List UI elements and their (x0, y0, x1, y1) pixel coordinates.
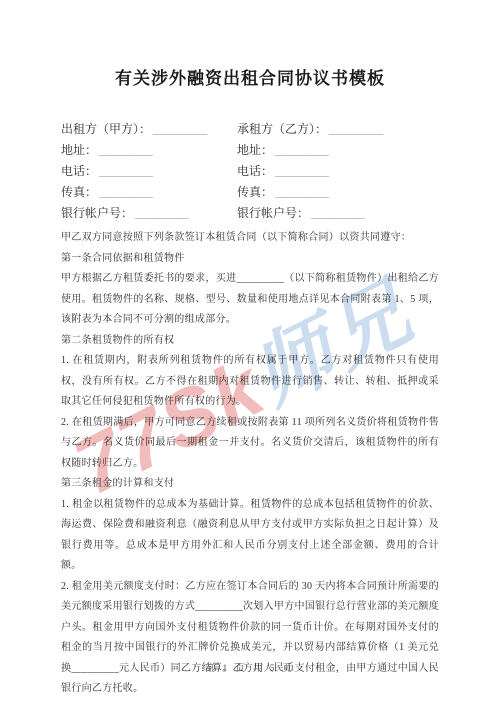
field-address-left: 地址： _________ (61, 140, 237, 161)
phone-label-left: 电话： (61, 161, 97, 182)
field-phone-right: 电话： _________ (237, 161, 439, 182)
fax-label-right: 传真： (237, 182, 273, 203)
lessor-label: 出租方（甲方）： (61, 119, 151, 140)
address-label-right: 地址： (237, 140, 273, 161)
field-row-address: 地址： _________ 地址： _________ (61, 140, 439, 161)
address-blank-right: _________ (275, 140, 329, 161)
field-bank-left: 银行帐户号： _________ (61, 203, 237, 224)
bank-label-left: 银行帐户号： (61, 203, 133, 224)
lessee-blank-line: _________ (329, 119, 383, 140)
fax-blank-right: _________ (275, 182, 329, 203)
lessee-label: 承租方（乙方）： (237, 119, 327, 140)
field-address-right: 地址： _________ (237, 140, 439, 161)
document-body: 有关涉外融资出租合同协议书模板 出租方（甲方）： _________ 承租方（乙… (0, 0, 500, 700)
document-title: 有关涉外融资出租合同协议书模板 (61, 64, 439, 89)
contract-text: 甲乙双方同意按照下列条款签订本租赁合同（以下简称合同）以资共同遵守： 第一条合同… (61, 228, 439, 700)
phone-label-right: 电话： (237, 161, 273, 182)
phone-blank-left: _________ (99, 161, 153, 182)
section-1-paragraph-1: 甲方根据乙方租赁委托书的要求，买进_________（以下简称租赁物件）出租给乙… (61, 269, 439, 331)
section-3-paragraph-2: 2. 租金用美元额度支付时：乙方应在签订本合同后的 30 天内将本合同预计所需要… (61, 577, 439, 700)
section-3-heading: 第三条租金的计算和支付 (61, 474, 439, 495)
section-2-paragraph-1: 1. 在租赁期内，附表所列租赁物件的所有权属于甲方。乙方对租赁物件只有使用权，没… (61, 351, 439, 413)
section-2-paragraph-2: 2. 在租赁期满后，甲方可同意乙方续租或按附表第 11 项所列名义货价将租赁物件… (61, 413, 439, 475)
field-phone-left: 电话： _________ (61, 161, 237, 182)
bank-label-right: 银行帐户号： (237, 203, 309, 224)
lessor-blank-line: _________ (153, 119, 207, 140)
field-lessor: 出租方（甲方）： _________ (61, 119, 237, 140)
section-1-heading: 第一条合同依据和租赁物件 (61, 249, 439, 270)
field-row-party: 出租方（甲方）： _________ 承租方（乙方）： _________ (61, 119, 439, 140)
field-row-fax: 传真： _________ 传真： _________ (61, 182, 439, 203)
address-label-left: 地址： (61, 140, 97, 161)
field-row-bank-account: 银行帐户号： _________ 银行帐户号： _________ (61, 203, 439, 224)
party-fields: 出租方（甲方）： _________ 承租方（乙方）： _________ 地址… (61, 119, 439, 224)
field-bank-right: 银行帐户号： _________ (237, 203, 439, 224)
field-fax-right: 传真： _________ (237, 182, 439, 203)
section-2-heading: 第二条租赁物件的所有权 (61, 331, 439, 352)
intro-paragraph: 甲乙双方同意按照下列条款签订本租赁合同（以下简称合同）以资共同遵守： (61, 228, 439, 249)
field-row-phone: 电话： _________ 电话： _________ (61, 161, 439, 182)
page-number: 第 1 页 共 5 页 (0, 661, 500, 674)
fax-blank-left: _________ (99, 182, 153, 203)
field-lessee: 承租方（乙方）： _________ (237, 119, 439, 140)
fax-label-left: 传真： (61, 182, 97, 203)
document-page: 77Sk师兄 有关涉外融资出租合同协议书模板 出租方（甲方）： ________… (0, 0, 500, 706)
bank-blank-left: _________ (135, 203, 189, 224)
section-3-paragraph-1: 1. 租金以租赁物件的总成本为基础计算。租赁物件的总成本包括租赁物件的价款、海运… (61, 495, 439, 577)
field-fax-left: 传真： _________ (61, 182, 237, 203)
phone-blank-right: _________ (275, 161, 329, 182)
bank-blank-right: _________ (311, 203, 365, 224)
address-blank-left: _________ (99, 140, 153, 161)
